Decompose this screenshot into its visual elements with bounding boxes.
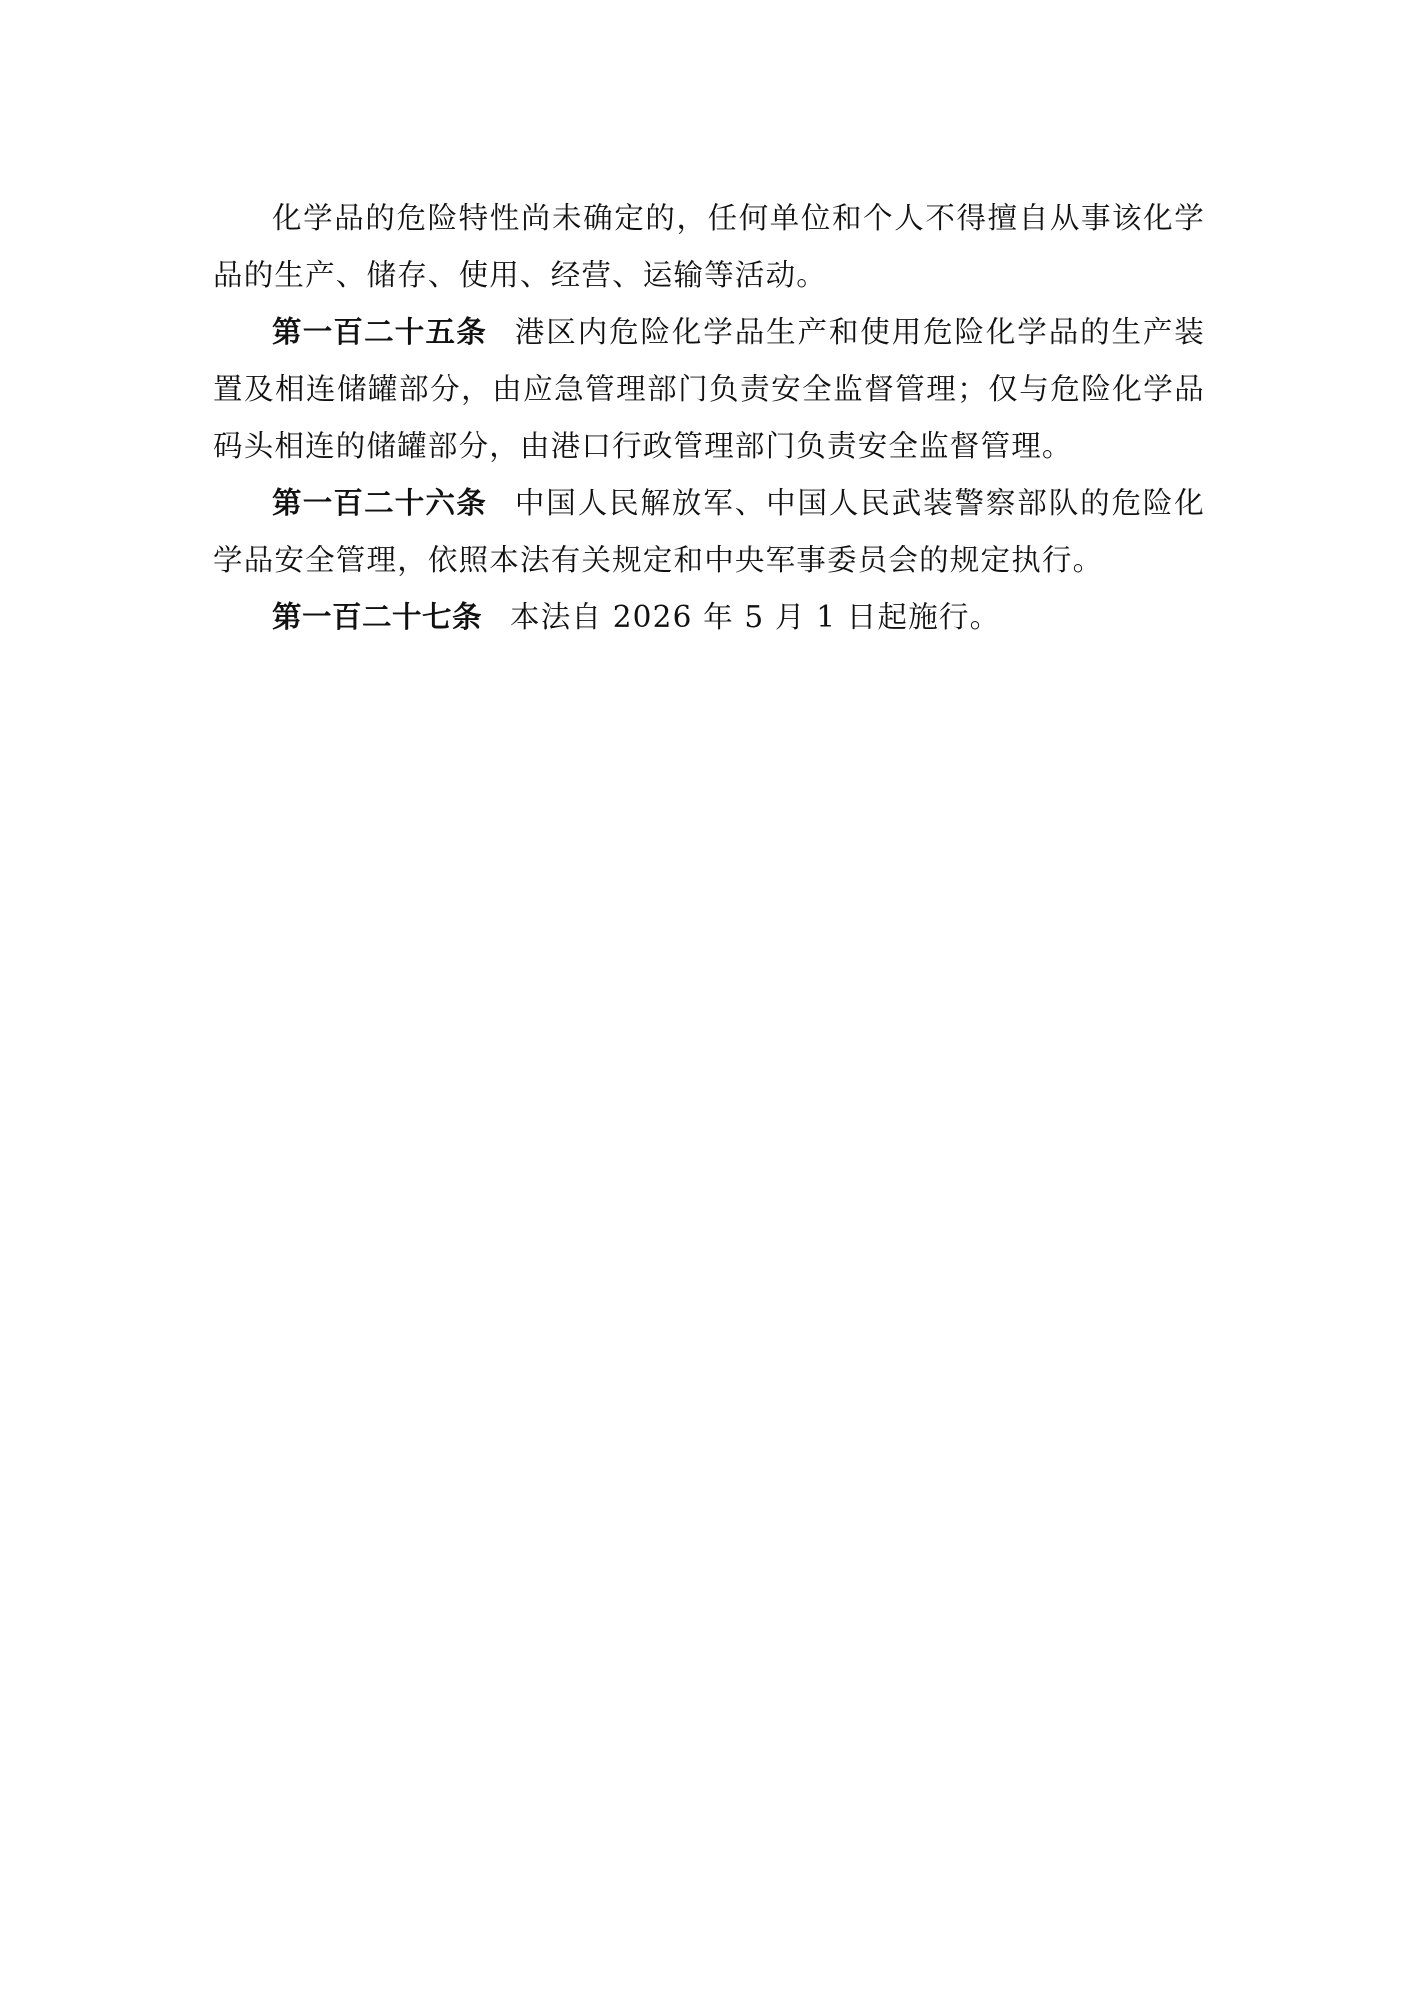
document-page: 化学品的危险特性尚未确定的，任何单位和个人不得擅自从事该化学品的生产、储存、使用… xyxy=(213,190,1205,646)
article-label: 第一百二十七条 xyxy=(272,600,482,634)
paragraph-text: 化学品的危险特性尚未确定的，任何单位和个人不得擅自从事该化学品的生产、储存、使用… xyxy=(213,201,1205,292)
article-127: 第一百二十七条本法自 2026 年 5 月 1 日起施行。 xyxy=(213,589,1205,646)
article-label: 第一百二十六条 xyxy=(272,486,487,520)
paragraph-continuation: 化学品的危险特性尚未确定的，任何单位和个人不得擅自从事该化学品的生产、储存、使用… xyxy=(213,190,1205,304)
article-125: 第一百二十五条港区内危险化学品生产和使用危险化学品的生产装置及相连储罐部分，由应… xyxy=(213,304,1205,475)
article-text: 本法自 2026 年 5 月 1 日起施行。 xyxy=(510,600,1000,634)
article-126: 第一百二十六条中国人民解放军、中国人民武装警察部队的危险化学品安全管理，依照本法… xyxy=(213,475,1205,589)
article-label: 第一百二十五条 xyxy=(272,315,487,349)
